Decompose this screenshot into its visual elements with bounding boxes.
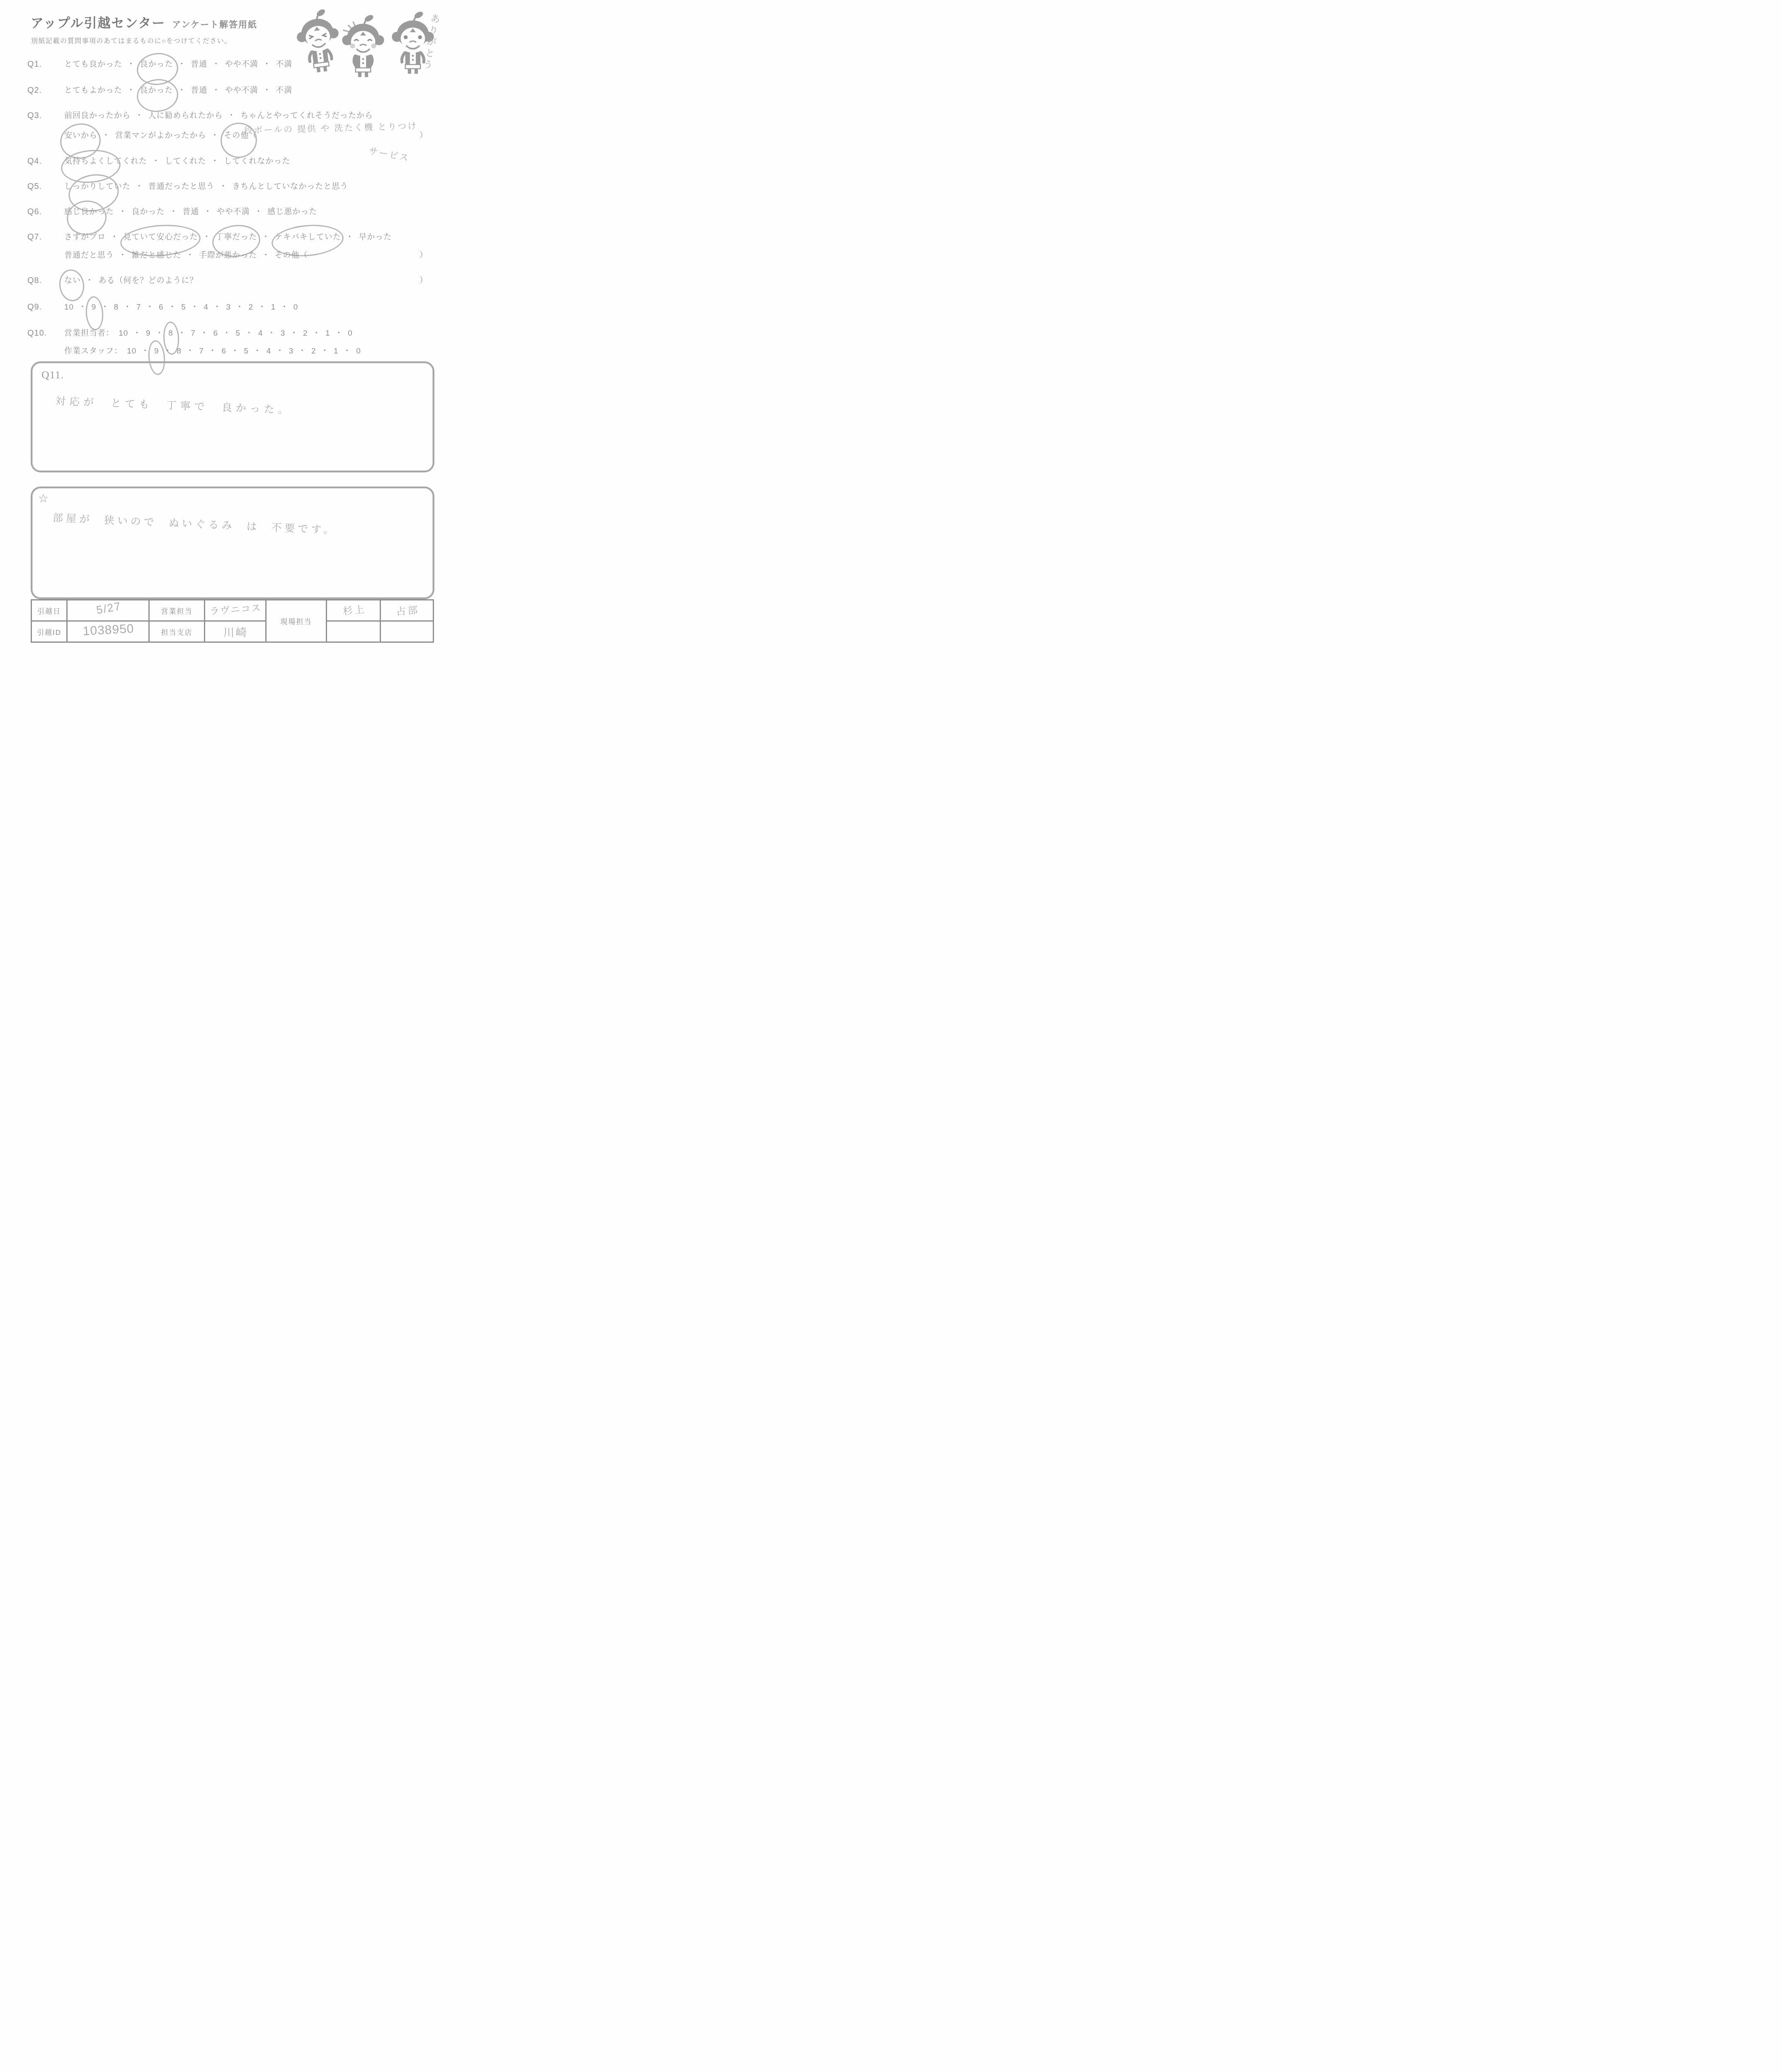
q7-selected-option-3: テキパキしていた	[275, 231, 341, 242]
q10-row2-scale-b: ・ 8 ・ 7 ・ 6 ・ 5 ・ 4 ・ 3 ・ 2 ・ 1 ・ 0	[159, 347, 361, 356]
q7-sep-1: ・	[198, 233, 216, 242]
q2-options-rest: ・ 普通 ・ やや不満 ・ 不満	[173, 86, 293, 95]
move-date-label: 引越日	[32, 600, 67, 621]
q3-selected-option-1: 安いから	[64, 129, 97, 140]
q11-answer-handwriting: 対応が とても 丁寧で 良かった。	[55, 393, 293, 417]
q10-row1-name: 営業担当者	[64, 329, 106, 338]
survey-sheet: { "ui": { "close_paren": "）" }, "header"…	[0, 0, 456, 644]
move-id-label: 引越ID	[32, 621, 67, 642]
q10-row2-name: 作業スタッフ	[64, 347, 114, 356]
q7-label: Q7.	[27, 232, 64, 242]
q1-label: Q1.	[27, 60, 64, 69]
branch-value: 川崎	[205, 621, 266, 642]
header: アップル引越センター アンケート解答用紙	[31, 12, 257, 31]
form-title: アンケート解答用紙	[172, 18, 257, 30]
q10-row1-scale-a: ： 10 ・ 9 ・	[106, 329, 168, 338]
q9-scale-b: ・ 8 ・ 7 ・ 6 ・ 5 ・ 4 ・ 3 ・ 2 ・ 1 ・ 0	[96, 303, 298, 312]
q3-options-line1: 前回良かったから ・ 人に勧められたから ・ ちゃんとやってくれそうだったから	[64, 111, 373, 120]
q5-selected-option: しっかりしていた	[64, 180, 131, 191]
q7-selected-option-1: 見ていて安心だった	[124, 231, 198, 242]
table-row: 引越ID 1038950 担当支店 川崎	[32, 621, 434, 642]
q5-label: Q5.	[27, 182, 64, 191]
q4-label: Q4.	[27, 157, 64, 166]
site-staff-2-value: 占部	[381, 600, 434, 621]
q8-options-rest: ・ ある（何を？どのように？	[81, 276, 198, 285]
sales-rep-label: 営業担当	[149, 600, 205, 621]
q3-options-mid: ・ 営業マンがよかったから ・	[97, 131, 224, 140]
site-staff-1-value: 杉上	[327, 600, 381, 621]
q10-row1-selected-score: 8	[168, 329, 173, 338]
q10-row1-scale-b: ・ 7 ・ 6 ・ 5 ・ 4 ・ 3 ・ 2 ・ 1 ・ 0	[173, 329, 353, 338]
q8-label: Q8.	[27, 276, 64, 286]
q11-comment-box: Q11. 対応が とても 丁寧で 良かった。	[31, 361, 434, 472]
q5-options-rest: ・ 普通だったと思う ・ きちんとしていなかったと思う	[131, 182, 348, 191]
footer-info-table: 引越日 5/27 営業担当 ラヴニコス 現場担当 杉上 占部 引越ID 1038…	[31, 599, 434, 643]
q10-row2-selected-score: 9	[154, 347, 159, 356]
q10-row2-scale-a: ： 10 ・	[114, 347, 154, 356]
site-staff-label: 現場担当	[266, 600, 327, 642]
q1-selected-option: 良かった	[140, 58, 173, 69]
q4-options-rest: ・ してくれた ・ してくれなかった	[147, 157, 290, 166]
q7-options-a: さすがプロ ・	[64, 233, 124, 242]
q7-options-line2: 普通だと思う ・ 雑だと感じた ・ 手際が悪かった ・ その他（	[64, 251, 308, 260]
q9-scale-a: 10 ・	[64, 303, 92, 312]
q7-sep-2: ・	[257, 233, 275, 242]
q8-selected-option: ない	[64, 274, 81, 286]
star-icon: ☆	[38, 491, 48, 505]
question-row-q10-staff: 作業スタッフ： 10 ・ 9 ・ 8 ・ 7 ・ 6 ・ 5 ・ 4 ・ 3 ・…	[27, 345, 444, 356]
q2-options: とてもよかった ・	[64, 86, 140, 95]
question-row-q6: Q6.感じ良かった ・ 良かった ・ 普通 ・ やや不満 ・ 感じ悪かった	[27, 206, 444, 217]
move-id-value: 1038950	[67, 621, 149, 642]
question-row-q4: Q4.気持ちよくしてくれた ・ してくれた ・ してくれなかった	[27, 155, 444, 166]
q7-options-b: ・ 早かった	[341, 233, 392, 242]
q4-selected-option: 気持ちよくしてくれた	[64, 155, 147, 166]
empty-cell	[327, 621, 381, 642]
q6-options-rest: ・ 良かった ・ 普通 ・ やや不満 ・ 感じ悪かった	[114, 208, 317, 216]
q8-close-paren: ）	[419, 274, 428, 286]
q3-close-paren: ）	[419, 129, 428, 140]
question-row-q7-line2: 普通だと思う ・ 雑だと感じた ・ 手際が悪かった ・ その他（ ）	[27, 249, 444, 260]
question-row-q8: Q8.ない ・ ある（何を？どのように？ ）	[27, 274, 444, 286]
q11-label: Q11.	[41, 369, 64, 381]
question-row-q7-line1: Q7.さすがプロ ・ 見ていて安心だった ・ 丁寧だった ・ テキパキしていた …	[27, 231, 444, 242]
brand-title: アップル引越センター	[31, 12, 165, 31]
question-row-q9: Q9.10 ・ 9 ・ 8 ・ 7 ・ 6 ・ 5 ・ 4 ・ 3 ・ 2 ・ …	[27, 301, 444, 312]
empty-cell	[381, 621, 434, 642]
table-row: 引越日 5/27 営業担当 ラヴニコス 現場担当 杉上 占部	[32, 600, 434, 621]
q9-selected-score: 9	[92, 303, 97, 312]
q1-options: とても良かった ・	[64, 60, 140, 69]
question-row-q10-sales: Q10.営業担当者： 10 ・ 9 ・ 8 ・ 7 ・ 6 ・ 5 ・ 4 ・ …	[27, 327, 444, 338]
branch-label: 担当支店	[149, 621, 205, 642]
q7-selected-option-2: 丁寧だった	[216, 231, 257, 242]
q2-selected-option: 良かった	[140, 84, 173, 95]
q10-label: Q10.	[27, 329, 64, 338]
q6-label: Q6.	[27, 207, 64, 217]
q2-label: Q2.	[27, 86, 64, 95]
sales-rep-value: ラヴニコス	[205, 600, 266, 621]
question-row-q3-line1: Q3.前回良かったから ・ 人に勧められたから ・ ちゃんとやってくれそうだった…	[27, 109, 444, 121]
q1-options-rest: ・ 普通 ・ やや不満 ・ 不満	[173, 60, 293, 69]
q6-selected-option: 感じ良かった	[64, 206, 114, 217]
move-date-value: 5/27	[67, 600, 149, 621]
question-row-q2: Q2.とてもよかった ・ 良かった ・ 普通 ・ やや不満 ・ 不満	[27, 84, 444, 95]
question-row-q5: Q5.しっかりしていた ・ 普通だったと思う ・ きちんとしていなかったと思う	[27, 180, 444, 191]
q9-label: Q9.	[27, 303, 64, 312]
instruction-text: 別紙記載の質問事項のあてはまるものに○をつけてください。	[31, 36, 232, 45]
star-answer-handwriting: 部屋が 狭いので ぬいぐるみ は 不要です。	[52, 510, 337, 537]
q7-close-paren: ）	[419, 249, 428, 260]
question-row-q1: Q1.とても良かった ・ 良かった ・ 普通 ・ やや不満 ・ 不満	[27, 58, 444, 69]
star-comment-box: ☆ 部屋が 狭いので ぬいぐるみ は 不要です。	[31, 487, 434, 599]
q3-label: Q3.	[27, 111, 64, 121]
